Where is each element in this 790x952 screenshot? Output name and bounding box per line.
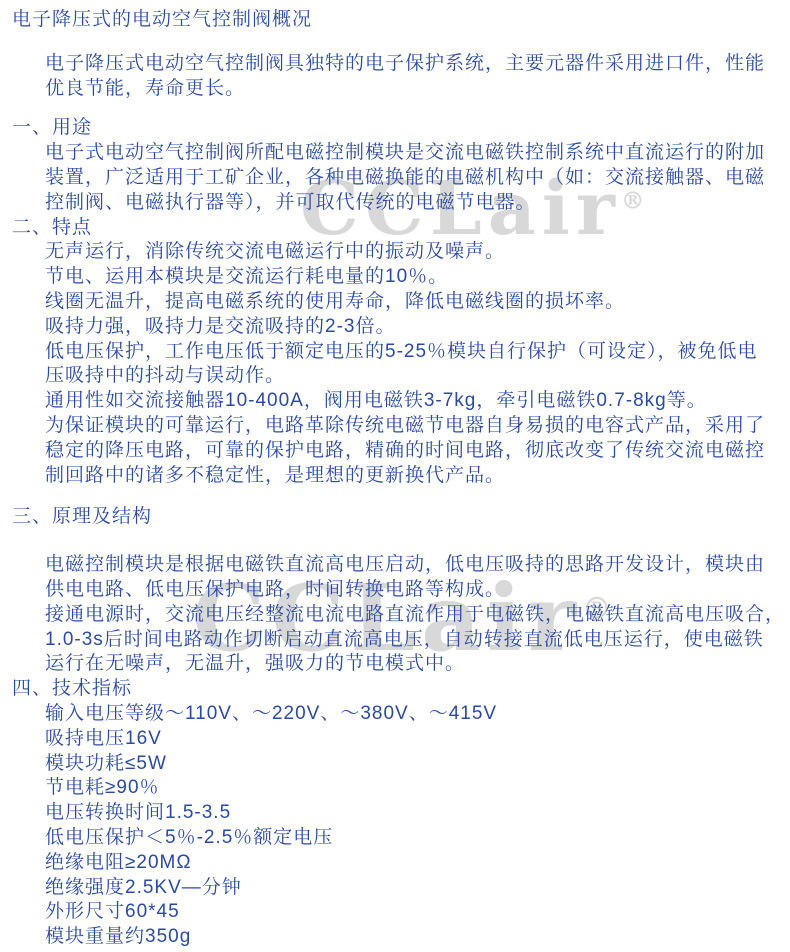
text-line: 稳定的降压电路，可靠的保护电路，精确的时间电路，彻底改变了传统交流电磁控 bbox=[45, 439, 784, 464]
text-line: 节电、运用本模块是交流运行耗电量的10％。 bbox=[45, 265, 784, 290]
text-line: 装置，广泛适用于工矿企业，各种电磁换能的电磁机构中（如：交流接触器、电磁 bbox=[45, 166, 784, 191]
paragraph-block: 输入电压等级～110V、～220V、～380V、～415V吸持电压16V模块功耗… bbox=[12, 702, 784, 950]
text-line: 接通电源时，交流电压经整流电流电路直流作用于电磁铁，电磁铁直流高电压吸合， bbox=[45, 603, 784, 628]
section-heading-block: 四、技术指标 bbox=[12, 677, 784, 702]
text-line: 电磁控制模块是根据电磁铁直流高电压启动，低电压吸持的思路开发设计，模块由 bbox=[45, 553, 784, 578]
text-line: 模块重量约350g bbox=[45, 925, 784, 950]
text-line: 节电耗≥90％ bbox=[45, 776, 784, 801]
text-line: 运行在无噪声，无温升，强吸力的节电模式中。 bbox=[45, 652, 784, 677]
text-line: 低电压保护，工作电压低于额定电压的5-25％模块自行保护（可设定），被免低电 bbox=[45, 340, 784, 365]
text-line: 制回路中的诸多不稳定性，是理想的更新换代产品。 bbox=[45, 464, 784, 489]
text-line: 控制阀、电磁执行器等），并可取代传统的电磁节电器。 bbox=[45, 191, 784, 216]
document-body: 电子降压式的电动空气控制阀概况电子降压式电动空气控制阀具独特的电子保护系统，主要… bbox=[12, 8, 784, 950]
text-line: 1.0-3s后时间电路动作切断启动直流高电压，自动转接直流低电压运行，使电磁铁 bbox=[45, 628, 784, 653]
text-line: 低电压保护＜5％-2.5％额定电压 bbox=[45, 826, 784, 851]
title-block: 电子降压式的电动空气控制阀概况 bbox=[12, 8, 784, 33]
paragraph-block: 无声运行，消除传统交流电磁运行中的振动及噪声。节电、运用本模块是交流运行耗电量的… bbox=[12, 240, 784, 488]
text-line: 通用性如交流接触器10-400A，阀用电磁铁3-7kg，牵引电磁铁0.7-8kg… bbox=[45, 389, 784, 414]
section-heading: 二、特点 bbox=[12, 216, 784, 241]
section-heading-block: 三、原理及结构 bbox=[12, 505, 784, 530]
text-line: 绝缘电阻≥20MΩ bbox=[45, 851, 784, 876]
section-heading: 三、原理及结构 bbox=[12, 505, 784, 530]
text-line: 电子降压式电动空气控制阀具独特的电子保护系统，主要元器件采用进口件，性能 bbox=[45, 52, 784, 77]
text-line: 为保证模块的可靠运行，电路革除传统电磁节电器自身易损的电容式产品，采用了 bbox=[45, 414, 784, 439]
section-heading: 一、用途 bbox=[12, 116, 784, 141]
text-line: 模块功耗≤5W bbox=[45, 752, 784, 777]
text-line: 线圈无温升，提高电磁系统的使用寿命，降低电磁线圈的损坏率。 bbox=[45, 290, 784, 315]
section-heading-block: 二、特点 bbox=[12, 216, 784, 241]
text-line: 外形尺寸60*45 bbox=[45, 900, 784, 925]
paragraph-block: 电子降压式电动空气控制阀具独特的电子保护系统，主要元器件采用进口件，性能优良节能… bbox=[12, 52, 784, 102]
section-heading: 四、技术指标 bbox=[12, 677, 784, 702]
paragraph-block: 电子式电动空气控制阀所配电磁控制模块是交流电磁铁控制系统中直流运行的附加装置，广… bbox=[12, 141, 784, 215]
paragraph-block: 电磁控制模块是根据电磁铁直流高电压启动，低电压吸持的思路开发设计，模块由供电电路… bbox=[12, 553, 784, 677]
text-line: 电压转换时间1.5-3.5 bbox=[45, 801, 784, 826]
text-line: 吸持电压16V bbox=[45, 727, 784, 752]
section-heading-block: 一、用途 bbox=[12, 116, 784, 141]
document-title: 电子降压式的电动空气控制阀概况 bbox=[12, 8, 784, 33]
text-line: 绝缘强度2.5KV—分钟 bbox=[45, 876, 784, 901]
text-line: 输入电压等级～110V、～220V、～380V、～415V bbox=[45, 702, 784, 727]
text-line: 吸持力强，吸持力是交流吸持的2-3倍。 bbox=[45, 315, 784, 340]
text-line: 优良节能，寿命更长。 bbox=[45, 77, 784, 102]
text-line: 压吸持中的抖动与误动作。 bbox=[45, 364, 784, 389]
text-line: 电子式电动空气控制阀所配电磁控制模块是交流电磁铁控制系统中直流运行的附加 bbox=[45, 141, 784, 166]
text-line: 无声运行，消除传统交流电磁运行中的振动及噪声。 bbox=[45, 240, 784, 265]
document-page: CCLair® CCLair® 电子降压式的电动空气控制阀概况电子降压式电动空气… bbox=[0, 0, 790, 952]
text-line: 供电电路、低电压保护电路，时间转换电路等构成。 bbox=[45, 578, 784, 603]
